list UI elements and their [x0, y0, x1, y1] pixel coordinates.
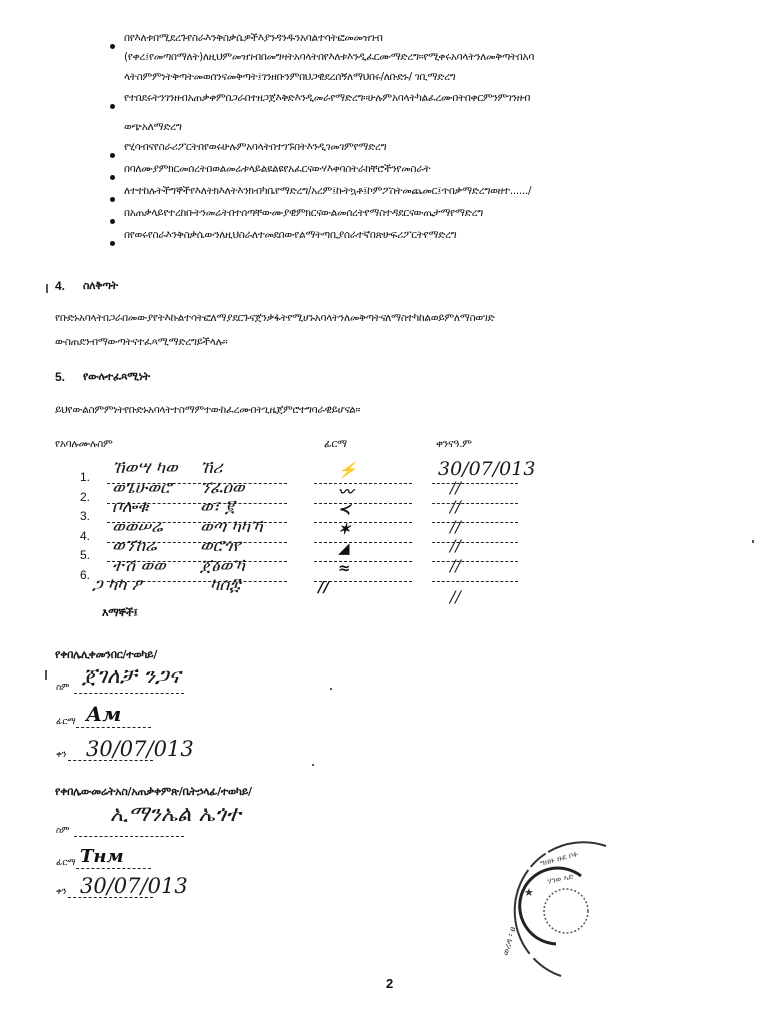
scan-mark — [45, 670, 47, 680]
date-line — [432, 503, 518, 504]
section-4-body-line-1: የቡድኑአባላትበጋራበመውያየትእኩልተሳትፎለማያደርጉናጀንቃፋትየሚሆኑ… — [55, 312, 494, 325]
column-header-name: የአባሉሙሉስም — [55, 438, 112, 451]
bullet-2-line-1: የተበደሩትንገንዘብአጠቃቀምበጋራበተዘጋጀእቅድእንዲመራየማድረግ።ሁሉ… — [124, 92, 530, 105]
scan-mark — [46, 284, 48, 293]
kebele-leader-name-line — [74, 693, 184, 694]
bullet-7: በየወሩየስራእንቅስቃሴውንለዚህስራለተመደበውየልማትጣቢያሰራተኛበጽሁ… — [124, 229, 456, 242]
date-line — [432, 581, 518, 582]
kebele-leader-signature-line — [76, 727, 151, 728]
bullet-icon — [110, 175, 115, 180]
svg-text:ወረዳ ፡ ፀ: ወረዳ ፡ ፀ — [501, 925, 518, 956]
member-date: // — [450, 587, 461, 606]
row-number: 5. — [80, 548, 90, 562]
member-name-handwriting: ኸሪ — [200, 458, 223, 478]
page-number: 2 — [386, 976, 393, 991]
member-name-handwriting: ወጌሁወሮ — [112, 478, 171, 498]
section-5-title: የውሉተፈጻሚነት — [83, 370, 150, 384]
member-name-handwriting: ተሽ ወወ — [112, 556, 166, 576]
kebele-leader-name-handwriting: ጀገለቻ ንጋና — [82, 664, 180, 689]
bullet-icon — [110, 44, 115, 49]
bullet-4: በባለሙያምክርመሰረትበወልመሬቱላይልዩልዩየአፈርናውሃእቀባስትራክቸሮ… — [124, 163, 430, 176]
member-name-handwriting: ወወሠሬ — [112, 517, 163, 537]
scan-mark — [752, 540, 754, 543]
svg-text:★: ★ — [524, 886, 534, 899]
section-5-number: 5. — [55, 370, 65, 384]
bullet-6: በአጠቃላይየተረከቡትንመሬትበተሰጣቸውሙያዊምክርናውልመሰረትየማስተዳ… — [124, 207, 483, 220]
member-name-handwriting: ኘፈዐወ — [200, 478, 245, 498]
land-admin-name-line — [74, 836, 184, 837]
date-line — [432, 483, 518, 484]
member-name-handwriting: ኸወሣ ካወ — [112, 458, 178, 478]
member-date: // — [450, 478, 461, 497]
member-name-handwriting: ጀፅወኻ — [200, 556, 245, 576]
land-admin-signature-line — [76, 868, 151, 869]
signature-line — [314, 522, 412, 523]
bullet-1-line-3: ላትስምምነትቅጣትመወሰንናመቅጣት፤ገንዘቡንምበህጋዊደረሰኝለማህበሩ/… — [124, 71, 455, 84]
land-admin-date-label: ቀን — [56, 887, 66, 897]
bullet-icon — [110, 219, 115, 224]
bullet-5: ለተተከሉትችግኞችየእለትክእለትእንክብካቤየማድረግ/አረም፤ኩትኳቶ፤ኮ… — [124, 185, 531, 198]
land-admin-name-label: ስም — [56, 826, 69, 836]
date-line — [432, 522, 518, 523]
member-signature: ◢ — [338, 539, 350, 557]
kebele-leader-signature: Ам — [86, 702, 121, 726]
kebele-leader-name-label: ስም — [56, 683, 69, 693]
section-4-title: ስለቅጣት — [83, 279, 118, 293]
member-date: // — [450, 497, 461, 516]
bullet-icon — [110, 153, 115, 158]
kebele-leader-signature-label: ፊርማ — [56, 717, 75, 727]
svg-text:ሃገወ ኣድ: ሃገወ ኣድ — [547, 872, 575, 886]
row-number: 2. — [80, 490, 90, 504]
bullet-icon — [110, 241, 115, 246]
signature-line — [314, 503, 412, 504]
member-date: // — [450, 536, 461, 555]
land-admin-signature-label: ፊርማ — [56, 858, 75, 868]
witnesses-label: እማኞች፤ — [102, 606, 138, 620]
member-name-handwriting: ወሮጎየ — [200, 536, 241, 556]
member-signature: // — [318, 578, 329, 596]
member-name-handwriting: ቦሎቁ — [112, 497, 149, 517]
member-name-handwriting: ካሰ፰ — [210, 575, 240, 595]
date-line — [432, 561, 518, 562]
land-admin-signature: Тнм — [80, 846, 124, 867]
member-date: // — [450, 556, 461, 575]
row-number: 6. — [80, 568, 90, 582]
signature-line — [314, 561, 412, 562]
column-header-signature: ፊርማ — [324, 438, 347, 451]
kebele-leader-date-label: ቀን — [56, 750, 66, 760]
bullet-icon — [110, 104, 115, 109]
scan-mark — [312, 764, 314, 766]
section-5-body: ይህየውልስምምነትየቡድኑአባላትተስማምተውከፈረሙበትጊዜጀምሮተግባራዊ… — [55, 404, 360, 417]
member-date: // — [450, 517, 461, 536]
member-signature: ≺ — [338, 500, 351, 518]
bullet-1-line-1: በየእለቱበሚደረጉየስራእንቅስቃሴዎችእያንዳንዱንአባልተሳትፎመመዝገብ — [124, 32, 383, 45]
svg-text:ግዘዙ ዙደ ቦፉ: ግዘዙ ዙደ ቦፉ — [539, 849, 580, 868]
kebele-leader-date: 30/07/013 — [86, 737, 194, 761]
scan-mark — [330, 688, 332, 690]
kebele-leader-title: የቀበሌሊቀመንበር/ተወካይ/ — [55, 648, 157, 662]
bullet-1-line-2: (የቀረ፤የመጣበማለት)ለዚህምመዝገብበመግዛትአባላትበየእለቱእንዲፈር… — [124, 51, 534, 64]
bullet-2-line-2: ወጭአለማድረግ — [124, 121, 182, 134]
signature-line — [314, 542, 412, 543]
member-signature: ≈ — [338, 559, 351, 577]
bullet-icon — [110, 197, 115, 202]
member-name-handwriting: ወኘከሬ — [112, 536, 157, 556]
member-signature: ⚡ — [338, 461, 357, 479]
bullet-3: የሂሳብናየስራሪፖርትበየወሩሁሉምአባላትበተገኙበትእንዲገመገምየማድረ… — [124, 141, 386, 154]
row-number: 4. — [80, 529, 90, 543]
member-signature: 〰 — [338, 481, 353, 502]
row-number: 1. — [80, 470, 90, 484]
member-name-handwriting: ወጣ ካካኻ — [200, 517, 263, 537]
signature-line — [314, 483, 412, 484]
column-header-date: ቀንናዓ.ም — [436, 438, 472, 451]
official-stamp: ★ ግዘዙ ዙደ ቦፉ ሃገወ ኣድ ወረዳ ፡ ፀ — [486, 836, 636, 986]
section-4-body-line-2: ውስጠደንብማውጣትናተፈጻሚማድረግይችላሉ። — [55, 336, 228, 349]
land-admin-title: የቀበሌውመሬትአስ/አጠቃቀምጽ/ቤትኃላፊ/ተወካይ/ — [55, 785, 252, 799]
member-signature: ✶ — [338, 520, 351, 538]
row-number: 3. — [80, 509, 90, 523]
member-name-handwriting: ጋ ካካ ዖ — [92, 575, 142, 595]
date-line — [432, 542, 518, 543]
land-admin-date: 30/07/013 — [80, 874, 188, 898]
member-name-handwriting: ወ፣ ፪ — [200, 497, 234, 517]
land-admin-name-handwriting: ኢማንኤል ኤጎተ — [110, 802, 241, 827]
section-4-number: 4. — [55, 279, 65, 293]
